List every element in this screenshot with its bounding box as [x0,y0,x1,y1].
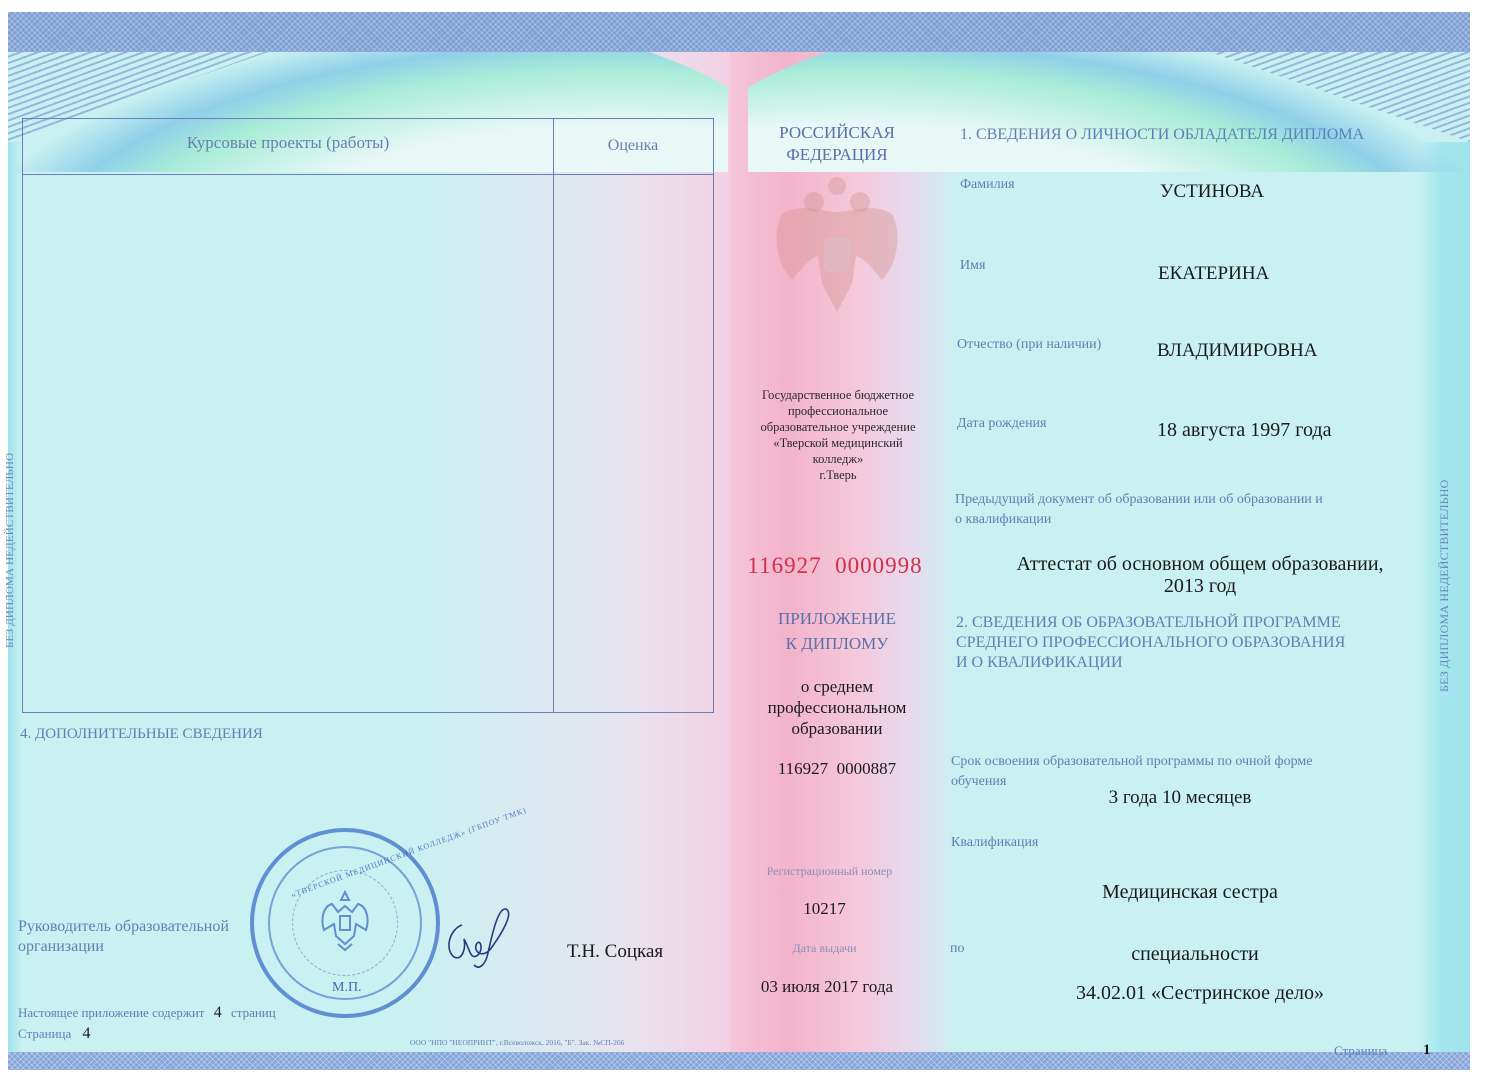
previous-document-label-line2: о квалификации [955,510,1323,530]
birth-date-value: 18 августа 1997 года [1157,419,1331,442]
education-level-line: образовании [742,718,932,739]
previous-document-line2: 2013 год [1000,575,1400,597]
previous-document-label: Предыдущий документ об образовании или о… [955,490,1323,530]
institution-line: Государственное бюджетное [748,387,928,403]
registration-label: Регистрационный номер [742,864,917,879]
education-level-line: профессиональном [742,697,932,718]
previous-document-label-line1: Предыдущий документ об образовании или о… [955,490,1323,510]
institution-line: г.Тверь [748,467,928,483]
country-line2: ФЕДЕРАЦИЯ [752,144,922,166]
table-header-course-projects: Курсовые проекты (работы) [23,133,553,153]
official-stamp: «ТВЕРСКОЙ МЕДИЦИНСКИЙ КОЛЛЕДЖ» (ГБПОУ ТМ… [250,828,440,1018]
institution-line: колледж» [748,451,928,467]
document-title: ПРИЛОЖЕНИЕ К ДИПЛОМУ [742,606,932,656]
left-page-number-line: Страница 4 [18,1025,91,1043]
specialty-value: 34.02.01 «Сестринское дело» [1050,982,1350,1005]
patronymic-value: ВЛАДИМИРОВНА [1157,340,1318,362]
specialty-word: специальности [1095,943,1295,966]
issue-date-label: Дата выдачи [742,941,907,956]
bottom-guilloche-band [8,1052,1470,1070]
document-title-line1: ПРИЛОЖЕНИЕ [742,606,932,631]
name-label: Имя [960,258,985,274]
head-label-line2: организации [18,937,229,957]
issue-date: 03 июля 2017 года [742,977,912,997]
qualification-label: Квалификация [951,835,1038,851]
country-title: РОССИЙСКАЯ ФЕДЕРАЦИЯ [752,122,922,166]
signature [440,905,520,980]
education-level: о среднем профессиональном образовании [742,676,932,739]
table-header-divider [23,174,713,175]
coat-of-arms-icon [762,172,912,322]
previous-document-line1: Аттестат об основном общем образовании, [1000,553,1400,575]
duration-label: Срок освоения образовательной программы … [951,752,1312,792]
patronymic-label: Отчество (при наличии) [957,337,1101,353]
institution-line: «Тверской медицинский [748,435,928,451]
education-level-line: о среднем [742,676,932,697]
section1-title: 1. СВЕДЕНИЯ О ЛИЧНОСТИ ОБЛАДАТЕЛЯ ДИПЛОМ… [960,126,1364,144]
pages-count-prefix: Настоящее приложение содержит [18,1005,204,1020]
section2-title-line1: 2. СВЕДЕНИЯ ОБ ОБРАЗОВАТЕЛЬНОЙ ПРОГРАММЕ [956,613,1345,633]
eagle-icon [314,884,376,954]
left-page-label: Страница [18,1026,71,1041]
registration-number: 10217 [742,899,907,919]
previous-document-value: Аттестат об основном общем образовании, … [1000,553,1400,597]
institution-name: Государственное бюджетное профессиональн… [748,387,928,483]
duration-value: 3 года 10 месяцев [1080,787,1280,809]
surname-value: УСТИНОВА [1160,181,1264,203]
form-serial-number: 116927 0000998 [732,553,938,579]
top-guilloche-band [8,12,1470,52]
section4-title: 4. ДОПОЛНИТЕЛЬНЫЕ СВЕДЕНИЯ [20,726,263,743]
table-header-grade: Оценка [553,137,713,155]
qualification-value: Медицинская сестра [1090,881,1290,904]
pages-count-suffix: страниц [231,1005,276,1020]
birth-date-label: Дата рождения [957,416,1047,432]
right-vertical-note: БЕЗ ДИПЛОМА НЕДЕЙСТВИТЕЛЬНО [1437,480,1452,692]
right-page-label: Страница [1334,1043,1387,1059]
printer-note: ООО "НПО "НЕОПРИНТ", г.Всеволожск, 2016,… [410,1038,624,1047]
head-name: Т.Н. Соцкая [567,941,663,963]
pages-count-value: 4 [214,1004,222,1021]
head-label-line1: Руководитель образовательной [18,917,229,937]
section2-title-line3: И О КВАЛИФИКАЦИИ [956,653,1345,673]
section2-title-line2: СРЕДНЕГО ПРОФЕССИОНАЛЬНОГО ОБРАЗОВАНИЯ [956,633,1345,653]
right-page-number: 1 [1423,1042,1431,1059]
pages-count-line: Настоящее приложение содержит 4 страниц [18,1004,276,1022]
course-projects-table: Курсовые проекты (работы) Оценка [22,118,714,713]
table-column-divider [553,119,554,712]
diploma-number: 116927 0000887 [742,759,932,779]
left-page-number: 4 [83,1025,91,1042]
surname-label: Фамилия [960,177,1015,193]
stamp-mark: М.П. [332,980,362,996]
institution-line: профессиональное [748,403,928,419]
name-value: ЕКАТЕРИНА [1158,263,1269,285]
head-label: Руководитель образовательной организации [18,917,229,957]
by-label: по [950,941,965,957]
section2-title: 2. СВЕДЕНИЯ ОБ ОБРАЗОВАТЕЛЬНОЙ ПРОГРАММЕ… [956,613,1345,673]
left-vertical-note: БЕЗ ДИПЛОМА НЕДЕЙСТВИТЕЛЬНО [4,453,16,648]
institution-line: образовательное учреждение [748,419,928,435]
document-title-line2: К ДИПЛОМУ [742,631,932,656]
duration-label-line1: Срок освоения образовательной программы … [951,752,1312,772]
country-line1: РОССИЙСКАЯ [752,122,922,144]
